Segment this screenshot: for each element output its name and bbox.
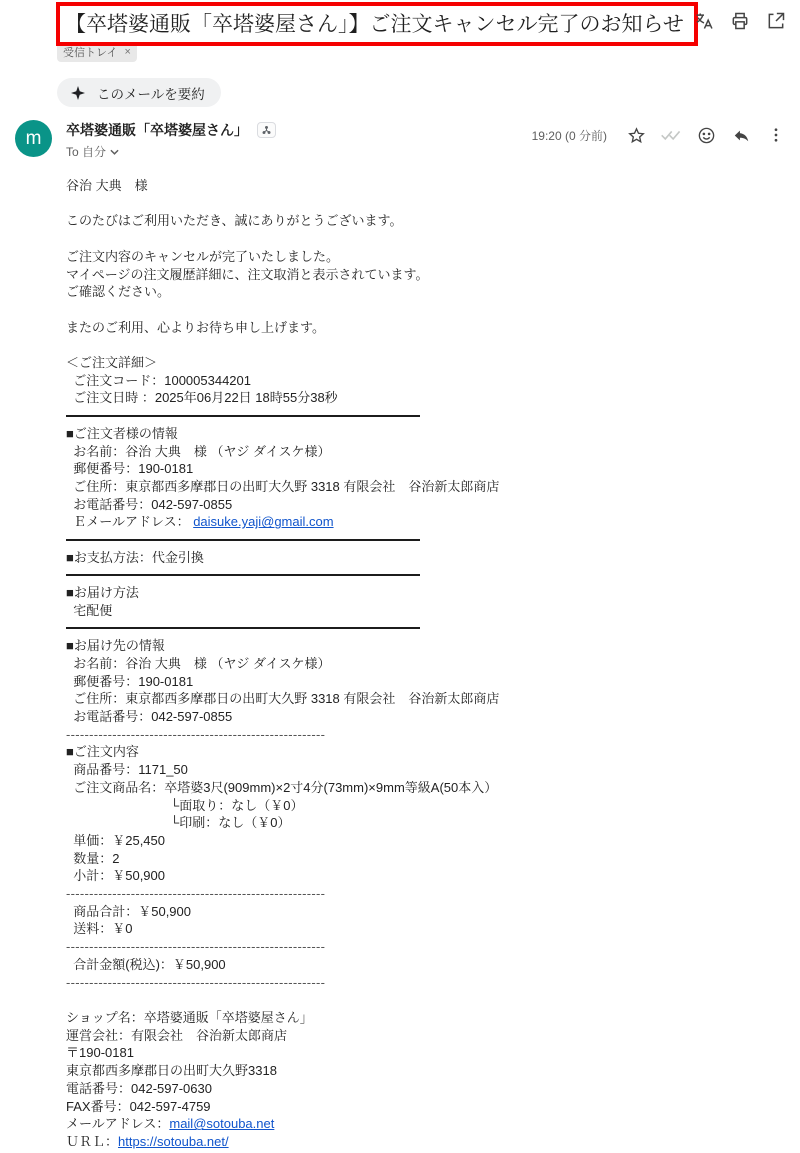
body-line: ご注文商品名：卒塔婆3尺(909mm)×2寸4分(73mm)×9mm等級A(50… bbox=[66, 779, 786, 797]
body-line: このたびはご利用いただき、誠にありがとうございます。 bbox=[66, 212, 786, 230]
divider-solid-bar bbox=[66, 574, 420, 576]
body-line-label: メールアドレス： bbox=[66, 1116, 169, 1131]
body-line: ■お支払方法：代金引換 bbox=[66, 549, 786, 567]
shop-url-link[interactable]: https://sotouba.net/ bbox=[118, 1134, 229, 1149]
subject-annotation-box: 【卒塔婆通販「卒塔婆屋さん」】ご注文キャンセル完了のお知らせ bbox=[56, 2, 698, 46]
body-line: ■ご注文者様の情報 bbox=[66, 425, 786, 443]
header-actions bbox=[694, 11, 786, 31]
body-line: お名前：谷治 大典 様 （ヤジ ダイスケ様） bbox=[66, 655, 786, 673]
divider-solid bbox=[66, 407, 786, 425]
body-line: ■ご注文内容 bbox=[66, 743, 786, 761]
divider-solid-bar bbox=[66, 539, 420, 541]
open-in-new-icon[interactable] bbox=[766, 11, 786, 31]
body-line-label: Ｅメールアドレス： bbox=[66, 514, 193, 529]
body-line: 運営会社：有限会社 谷治新太郎商店 bbox=[66, 1027, 786, 1045]
body-line: 商品合計：￥50,900 bbox=[66, 903, 786, 921]
body-line bbox=[66, 195, 786, 213]
body-line bbox=[66, 991, 786, 1009]
divider-dashed: ----------------------------------------… bbox=[66, 974, 786, 992]
body-line: FAX番号：042-597-4759 bbox=[66, 1098, 786, 1116]
recipient-dropdown[interactable]: To 自分 bbox=[66, 143, 276, 160]
more-options-icon[interactable] bbox=[766, 125, 786, 145]
chevron-down-icon bbox=[110, 149, 119, 155]
body-line: ご確認ください。 bbox=[66, 283, 786, 301]
body-line: ＜ご注文詳細＞ bbox=[66, 354, 786, 372]
body-line bbox=[66, 230, 786, 248]
body-line: 小計：￥50,900 bbox=[66, 867, 786, 885]
summarize-email-button[interactable]: このメールを要約 bbox=[57, 78, 221, 107]
email-subject: 【卒塔婆通販「卒塔婆屋さん」】ご注文キャンセル完了のお知らせ bbox=[65, 13, 684, 36]
body-line: ショップ名：卒塔婆通販「卒塔婆屋さん」 bbox=[66, 1009, 786, 1027]
remove-label-icon[interactable]: × bbox=[124, 47, 130, 58]
summarize-label: このメールを要約 bbox=[97, 83, 205, 103]
body-line: 郵便番号：190-0181 bbox=[66, 673, 786, 691]
body-line: ■お届け先の情報 bbox=[66, 637, 786, 655]
body-line: ご住所：東京都西多摩郡日の出町大久野 3318 有限会社 谷治新太郎商店 bbox=[66, 690, 786, 708]
body-line: ■お届け方法 bbox=[66, 584, 786, 602]
sender-name[interactable]: 卒塔婆通販「卒塔婆屋さん」 bbox=[66, 120, 248, 140]
body-line: 宅配便 bbox=[66, 602, 786, 620]
body-line: 東京都西多摩郡日の出町大久野3318 bbox=[66, 1062, 786, 1080]
body-line: 数量：2 bbox=[66, 850, 786, 868]
emoji-reaction-icon[interactable] bbox=[696, 125, 716, 145]
print-icon[interactable] bbox=[730, 11, 750, 31]
sparkle-icon bbox=[70, 85, 86, 101]
translate-icon[interactable] bbox=[694, 11, 714, 31]
timestamp: 19:20 (0 分前) bbox=[532, 127, 607, 144]
body-line: マイページの注文履歴詳細に、注文取消と表示されています。 bbox=[66, 266, 786, 284]
divider-dashed: ----------------------------------------… bbox=[66, 726, 786, 744]
reply-icon[interactable] bbox=[731, 125, 751, 145]
body-line: 単価：￥25,450 bbox=[66, 832, 786, 850]
divider-solid bbox=[66, 620, 786, 638]
divider-dashed: ----------------------------------------… bbox=[66, 885, 786, 903]
body-line: ご注文内容のキャンセルが完了いたしました。 bbox=[66, 248, 786, 266]
divider-solid-bar bbox=[66, 415, 420, 417]
body-line: 郵便番号：190-0181 bbox=[66, 460, 786, 478]
body-line-label: ＵＲＬ： bbox=[66, 1134, 118, 1149]
body-line: お電話番号：042-597-0855 bbox=[66, 708, 786, 726]
sender-badge-icon[interactable] bbox=[257, 122, 276, 138]
to-label: To 自分 bbox=[66, 143, 106, 160]
body-line: 送料：￥0 bbox=[66, 920, 786, 938]
body-line: ご住所：東京都西多摩郡日の出町大久野 3318 有限会社 谷治新太郎商店 bbox=[66, 478, 786, 496]
body-line: └印刷：なし（￥0） bbox=[66, 814, 786, 832]
body-line bbox=[66, 301, 786, 319]
body-line: 商品番号：1171_50 bbox=[66, 761, 786, 779]
divider-dashed: ----------------------------------------… bbox=[66, 938, 786, 956]
body-line: 〒190-0181 bbox=[66, 1044, 786, 1062]
body-line: ご注文日時 ：2025年06月22日 18時55分38秒 bbox=[66, 389, 786, 407]
divider-solid-bar bbox=[66, 627, 420, 629]
inbox-label-text: 受信トレイ bbox=[63, 44, 117, 60]
gmail-message-view: { "colors": { "annotation_red": "#f50000… bbox=[0, 0, 800, 1153]
body-line: └面取り：なし（￥0） bbox=[66, 797, 786, 815]
body-line: お名前：谷治 大典 様 （ヤジ ダイスケ様） bbox=[66, 443, 786, 461]
body-line bbox=[66, 336, 786, 354]
sender-row: m 卒塔婆通販「卒塔婆屋さん」 To 自分 19:20 (0 分前) bbox=[0, 120, 800, 160]
body-line: Ｅメールアドレス： daisuke.yaji@gmail.com bbox=[66, 513, 786, 531]
body-line: ＵＲＬ：https://sotouba.net/ bbox=[66, 1133, 786, 1151]
message-body: 谷治 大典 様 このたびはご利用いただき、誠にありがとうございます。 ご注文内容… bbox=[66, 177, 786, 1151]
message-meta: 19:20 (0 分前) bbox=[532, 120, 786, 145]
shop-email-link[interactable]: mail@sotouba.net bbox=[169, 1116, 274, 1131]
body-line: お電話番号：042-597-0855 bbox=[66, 496, 786, 514]
body-line: ご注文コード：100005344201 bbox=[66, 372, 786, 390]
body-line: 電話番号：042-597-0630 bbox=[66, 1080, 786, 1098]
body-line: メールアドレス：mail@sotouba.net bbox=[66, 1115, 786, 1133]
divider-solid bbox=[66, 531, 786, 549]
customer-email-link[interactable]: daisuke.yaji@gmail.com bbox=[193, 514, 333, 529]
subject-row: 【卒塔婆通販「卒塔婆屋さん」】ご注文キャンセル完了のお知らせ bbox=[0, 0, 800, 46]
summarize-row: このメールを要約 bbox=[0, 78, 800, 107]
sender-info: 卒塔婆通販「卒塔婆屋さん」 To 自分 bbox=[66, 120, 276, 160]
body-line: 合計金額(税込)：￥50,900 bbox=[66, 956, 786, 974]
double-check-icon bbox=[661, 125, 681, 145]
body-line: 谷治 大典 様 bbox=[66, 177, 786, 195]
avatar[interactable]: m bbox=[15, 120, 52, 157]
body-line: またのご利用、心よりお待ち申し上げます。 bbox=[66, 319, 786, 337]
star-icon[interactable] bbox=[626, 125, 646, 145]
divider-solid bbox=[66, 566, 786, 584]
